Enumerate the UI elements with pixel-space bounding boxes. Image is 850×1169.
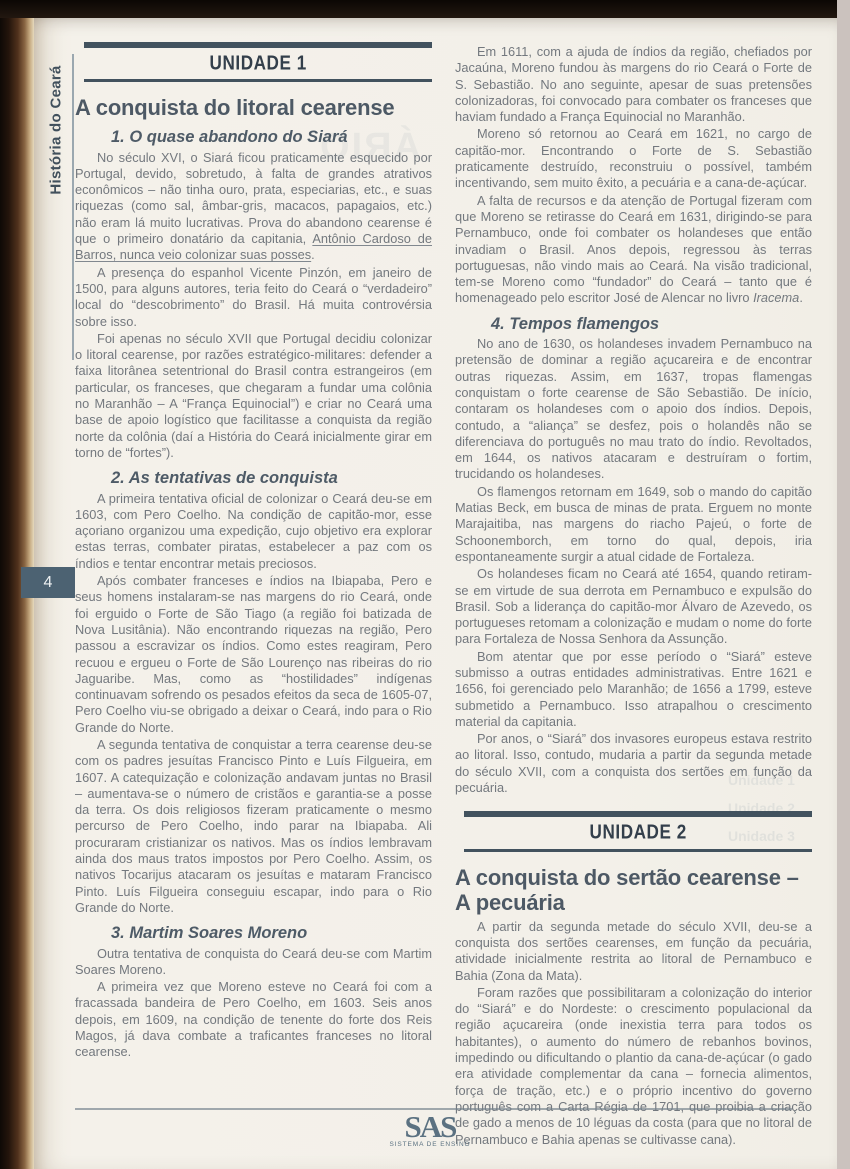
unit1-label: UNIDADE 1 bbox=[84, 48, 432, 79]
paragraph: A presença do espanhol Vicente Pinzón, e… bbox=[75, 265, 432, 330]
paragraph: A falta de recursos e da atenção de Port… bbox=[455, 193, 812, 307]
paragraph: No século XVI, o Siará ficou praticament… bbox=[75, 150, 432, 264]
paragraph: Bom atentar que por esse período o “Siar… bbox=[455, 649, 812, 730]
section4-heading: 4. Tempos flamengos bbox=[491, 316, 812, 332]
paragraph: Foi apenas no século XVII que Portugal d… bbox=[75, 331, 432, 461]
text-segment: . bbox=[799, 290, 803, 305]
publisher-logo-subtext: SISTEMA DE ENSINO bbox=[389, 1141, 470, 1148]
chapter-title-line1: A conquista do sertão cearense – bbox=[455, 865, 812, 890]
text-segment: A falta de recursos e da atenção de Port… bbox=[455, 193, 812, 306]
chapter-title-sertao: A conquista do sertão cearense –A pecuár… bbox=[455, 865, 812, 915]
unit1-header: UNIDADE 1 bbox=[84, 42, 432, 82]
section2-heading: 2. As tentativas de conquista bbox=[111, 470, 432, 486]
paragraph: Os flamengos retornam em 1649, sob o man… bbox=[455, 484, 812, 565]
sidebar-divider-rule bbox=[72, 54, 74, 360]
paragraph: A primeira tentativa oficial de coloniza… bbox=[75, 491, 432, 572]
paragraph: Os holandeses ficam no Ceará até 1654, q… bbox=[455, 566, 812, 647]
paragraph: Por anos, o “Siará” dos invasores europe… bbox=[455, 731, 812, 796]
section3-heading: 3. Martim Soares Moreno bbox=[111, 925, 432, 941]
chapter-title-litoral: A conquista do litoral cearense bbox=[75, 95, 432, 120]
scan-top-edge bbox=[0, 0, 850, 18]
unit2-bottom-bar bbox=[464, 849, 812, 852]
paragraph: Após combater franceses e índios na Ibia… bbox=[75, 573, 432, 736]
paragraph: Foram razões que possibilitaram a coloni… bbox=[455, 985, 812, 1148]
paragraph: A partir da segunda metade do século XVI… bbox=[455, 919, 812, 984]
unit1-bottom-bar bbox=[84, 79, 432, 82]
paragraph: A segunda tentativa de conquistar a terr… bbox=[75, 737, 432, 916]
publisher-logo-text: SAS bbox=[389, 1112, 470, 1142]
left-column: UNIDADE 1 A conquista do litoral cearens… bbox=[75, 42, 432, 1062]
publisher-logo: SAS SISTEMA DE ENSINO bbox=[389, 1112, 470, 1148]
paragraph: Em 1611, com a ajuda de índios da região… bbox=[455, 44, 812, 125]
section1-heading: 1. O quase abandono do Siará bbox=[111, 129, 432, 145]
paragraph: A primeira vez que Moreno esteve no Cear… bbox=[75, 979, 432, 1060]
page-number-tab: 4 bbox=[21, 567, 75, 598]
right-column: Em 1611, com a ajuda de índios da região… bbox=[455, 44, 812, 1149]
unit2-header: UNIDADE 2 bbox=[464, 811, 812, 851]
unit1-label-text: UNIDADE 1 bbox=[209, 54, 306, 72]
paragraph: Outra tentativa de conquista do Ceará de… bbox=[75, 946, 432, 979]
text-segment: . bbox=[311, 247, 315, 262]
sidebar-vertical-label: História do Ceará bbox=[48, 65, 65, 194]
unit2-label-text: UNIDADE 2 bbox=[589, 823, 686, 841]
page-right-edge bbox=[837, 0, 850, 1169]
paragraph: No ano de 1630, os holandeses invadem Pe… bbox=[455, 336, 812, 483]
chapter-title-line2: A pecuária bbox=[455, 890, 812, 915]
scanned-book-page: ÁRIO Unidade 1 Unidade 2 Unidade 3 Histó… bbox=[0, 0, 850, 1169]
unit2-label: UNIDADE 2 bbox=[464, 817, 812, 848]
paragraph: Moreno só retornou ao Ceará em 1621, no … bbox=[455, 126, 812, 191]
book-title-iracema: Iracema bbox=[753, 290, 799, 305]
